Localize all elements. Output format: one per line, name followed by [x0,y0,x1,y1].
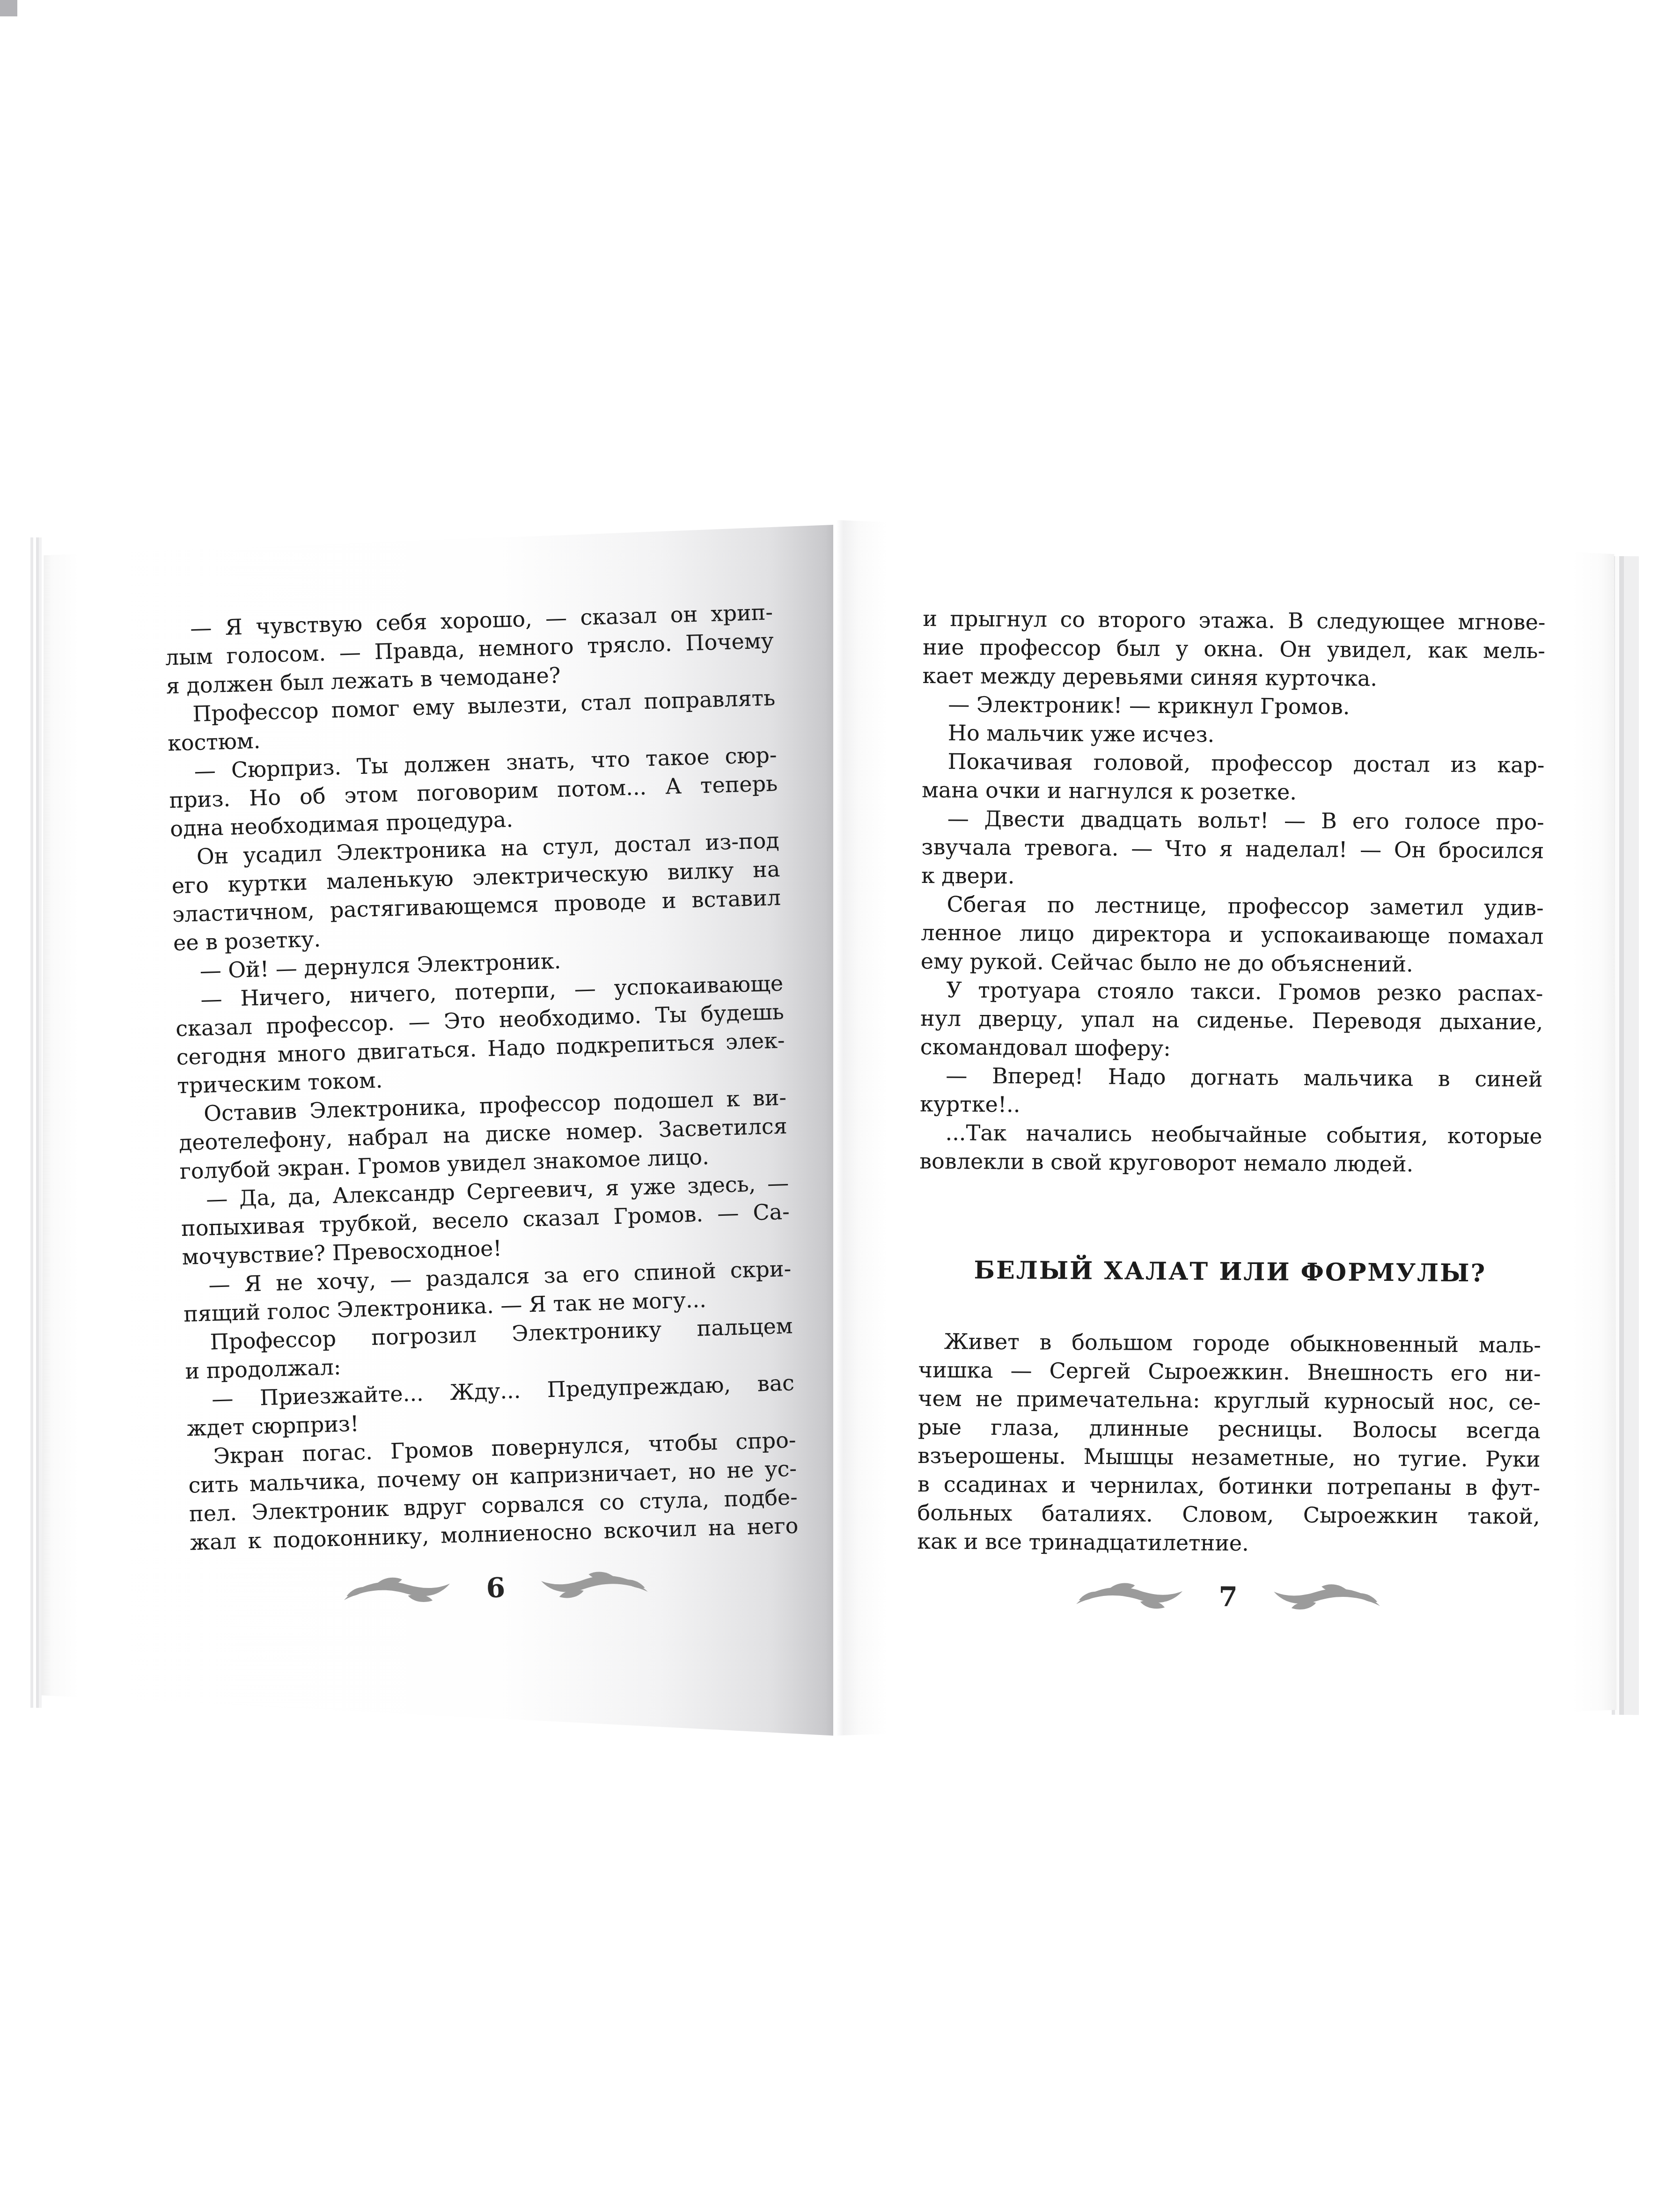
text-line: и прыгнул со второго этажа. В следующее … [923,604,1545,637]
floral-flourish-icon [329,1573,465,1607]
text-line: рые глаза, длинные ресницы. Волосы всегд… [918,1413,1541,1445]
text-block: и прыгнул со второго этажа. В следующее … [917,604,1545,1559]
text-line: — Электроник! — крикнул Громов. [922,690,1545,722]
page-footer: 7 [917,1580,1539,1614]
page-text-column: и прыгнул со второго этажа. В следующее … [917,604,1545,1614]
chapter-heading: БЕЛЫЙ ХАЛАТ ИЛИ ФОРМУЛЫ? [919,1255,1542,1289]
text-line: куртке!.. [920,1090,1542,1122]
text-line: к двери. [921,861,1544,894]
scan-corner-artifact [0,0,17,16]
text-line: вовлекли в свой круговорот немало людей. [919,1147,1542,1179]
text-block: — Я чувствую себя хорошо, — сказал он хр… [164,598,799,1557]
text-line: Сбегая по лестнице, профессор заметил уд… [921,890,1543,922]
text-line: У тротуара стояло такси. Громов резко ра… [920,976,1543,1008]
floral-flourish-icon [1061,1581,1197,1612]
page-number: 6 [486,1573,506,1603]
text-line: — Двести двадцать вольт! — В его голосе … [922,804,1544,837]
floral-flourish-icon [1259,1582,1395,1613]
page-number: 7 [1219,1582,1238,1612]
text-line: нул дверцу, упал на сиденье. Переводя ды… [920,1004,1543,1036]
book-page-left: — Я чувствую себя хорошо, — сказал он хр… [40,515,833,1737]
text-line: скомандовал шоферу: [920,1033,1543,1065]
text-line: ленное лицо директора и успокаивающе пом… [921,919,1543,951]
text-line: — Вперед! Надо догнать мальчика в синей [920,1061,1542,1094]
text-line: ...Так начались необычайные события, кот… [919,1118,1542,1151]
book-page-right: и прыгнул со второго этажа. В следующее … [833,515,1617,1737]
text-line: звучала тревога. — Что я наделал! — Он б… [921,833,1544,865]
page-text-column: — Я чувствую себя хорошо, — сказал он хр… [164,598,800,1611]
text-line: ему рукой. Сейчас было не до объяснений. [921,947,1543,979]
floral-flourish-icon [526,1568,663,1602]
open-book: — Я чувствую себя хорошо, — сказал он хр… [40,515,1617,1737]
text-line: мана очки и нагнулся к розетке. [922,776,1544,808]
text-line: в ссадинах и чернилах, ботинки потрепаны… [918,1470,1540,1502]
page-footer: 6 [191,1564,800,1611]
text-line: чишка — Сергей Сыроежкин. Внешность его … [918,1356,1541,1388]
photo-background: { "artifact": { "corner_square_color": "… [0,0,1659,2212]
text-line: взъерошены. Мышцы незаметные, но тугие. … [918,1441,1540,1474]
text-line: Живет в большом городе обыкновенный маль… [918,1327,1541,1360]
text-line: как и все тринадцатилетние. [917,1527,1540,1559]
page-stack-edge-left [29,537,42,1708]
text-line: ние профессор был у окна. Он увидел, как… [923,633,1545,665]
text-line: Но мальчик уже исчез. [922,719,1545,751]
text-line: Покачивая головой, профессор достал из к… [922,747,1544,779]
text-line: кает между деревьями синяя курточка. [922,661,1545,694]
text-line: больных баталиях. Словом, Сыроежкин тако… [918,1499,1540,1531]
text-line: чем не примечательна: круглый курносый н… [918,1384,1541,1417]
